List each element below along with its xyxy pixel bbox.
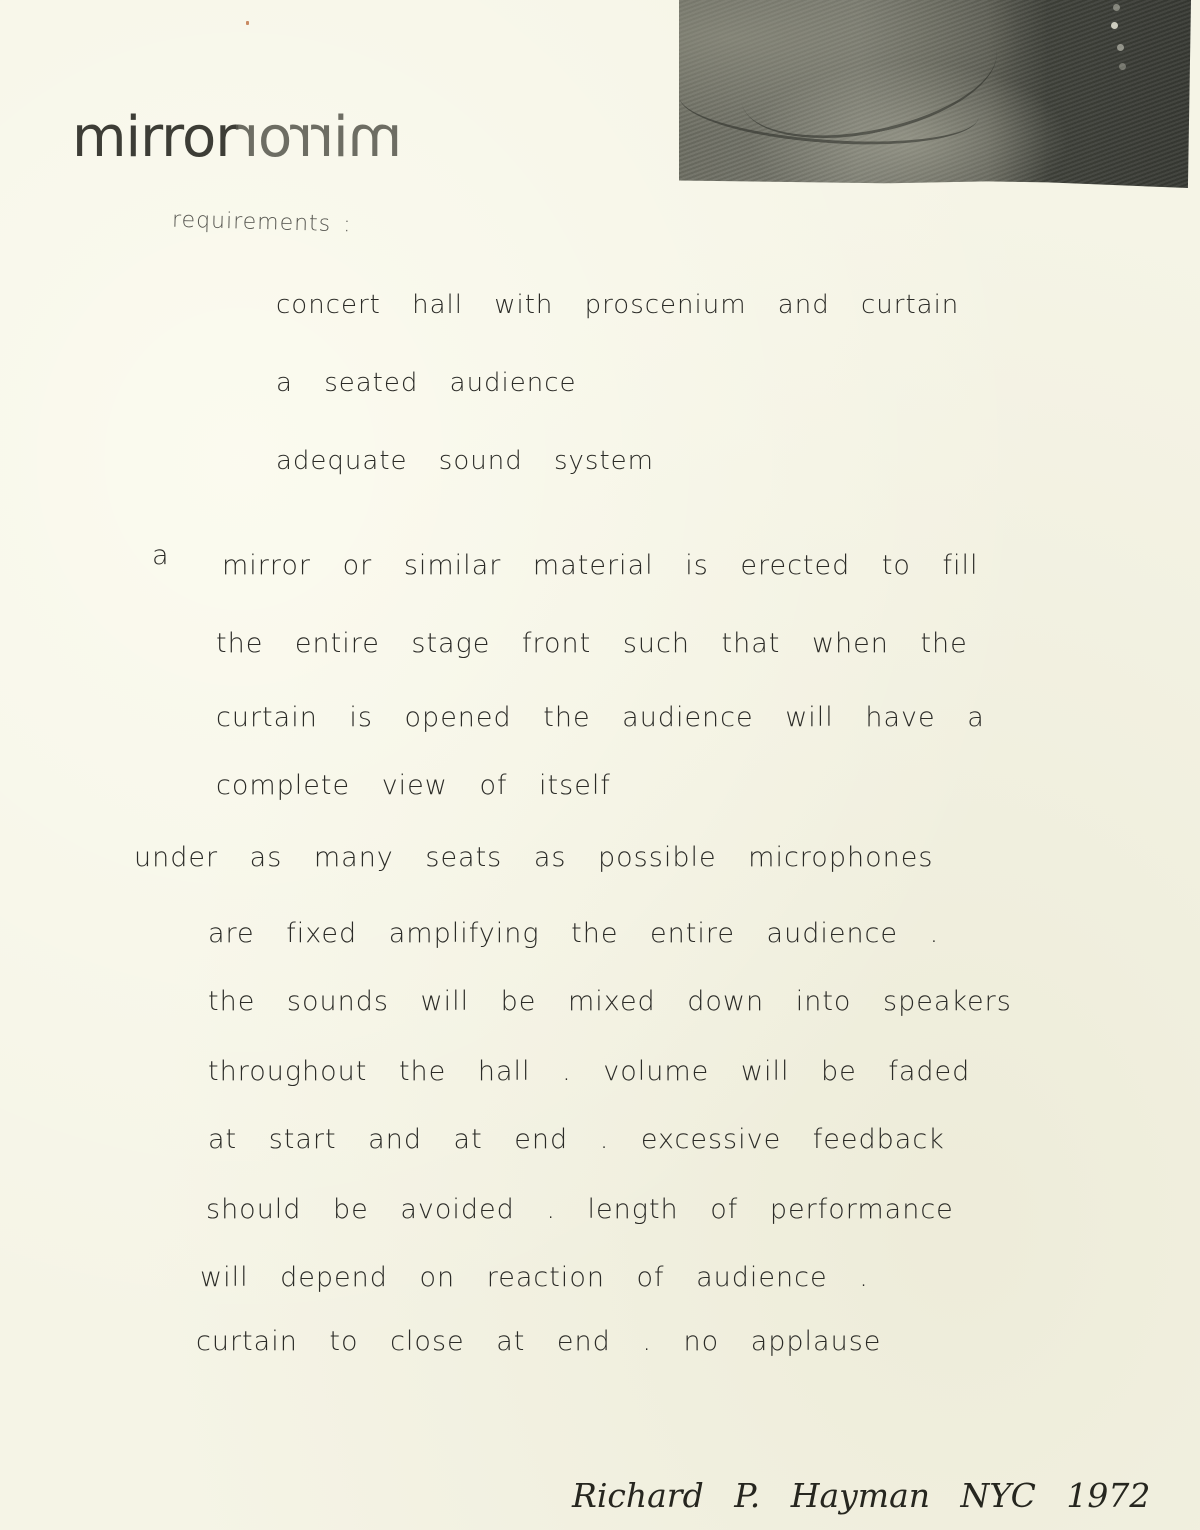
requirement-item: adequate sound system: [276, 446, 654, 476]
signature-place: NYC: [961, 1476, 1036, 1515]
photo-highlight: [1111, 22, 1118, 29]
paragraph-line: mirror or similar material is erected to…: [222, 550, 979, 581]
page-title: mirrormirror: [72, 104, 402, 166]
paragraph-line: curtain to close at end . no applause: [196, 1326, 881, 1357]
requirement-item: a seated audience: [276, 368, 577, 398]
paragraph-lead: a: [152, 540, 170, 571]
paragraph-line: throughout the hall . volume will be fad…: [208, 1056, 970, 1087]
requirements-label: requirements :: [172, 208, 352, 238]
paragraph-line: the sounds will be mixed down into speak…: [208, 986, 1012, 1017]
paragraph-line: complete view of itself: [216, 770, 611, 801]
signature-year: 1972: [1066, 1476, 1150, 1515]
paragraph-line: under as many seats as possible micropho…: [134, 842, 933, 873]
signature: Richard P. Hayman NYC 1972: [572, 1476, 1150, 1515]
photo-highlight: [1119, 63, 1126, 70]
paper-speck: [246, 21, 249, 25]
title-word-mirrored: mirror: [237, 110, 402, 166]
paragraph-line: curtain is opened the audience will have…: [216, 702, 985, 733]
paragraph-line: at start and at end . excessive feedback: [208, 1124, 945, 1155]
paragraph-line: are fixed amplifying the entire audience…: [208, 918, 939, 949]
signature-name: Richard P. Hayman: [572, 1476, 930, 1515]
photo-highlight: [1113, 4, 1120, 11]
photo-highlight: [1117, 44, 1124, 51]
document-page: mirrormirror requirements : concert hall…: [0, 0, 1200, 1530]
paragraph-line: should be avoided . length of performanc…: [206, 1194, 954, 1225]
paragraph-line: the entire stage front such that when th…: [216, 628, 968, 659]
title-word: mirror: [72, 110, 237, 166]
paragraph-line: will depend on reaction of audience .: [200, 1262, 869, 1293]
photo-fragment: [679, 0, 1191, 188]
requirement-item: concert hall with proscenium and curtain: [276, 290, 959, 320]
